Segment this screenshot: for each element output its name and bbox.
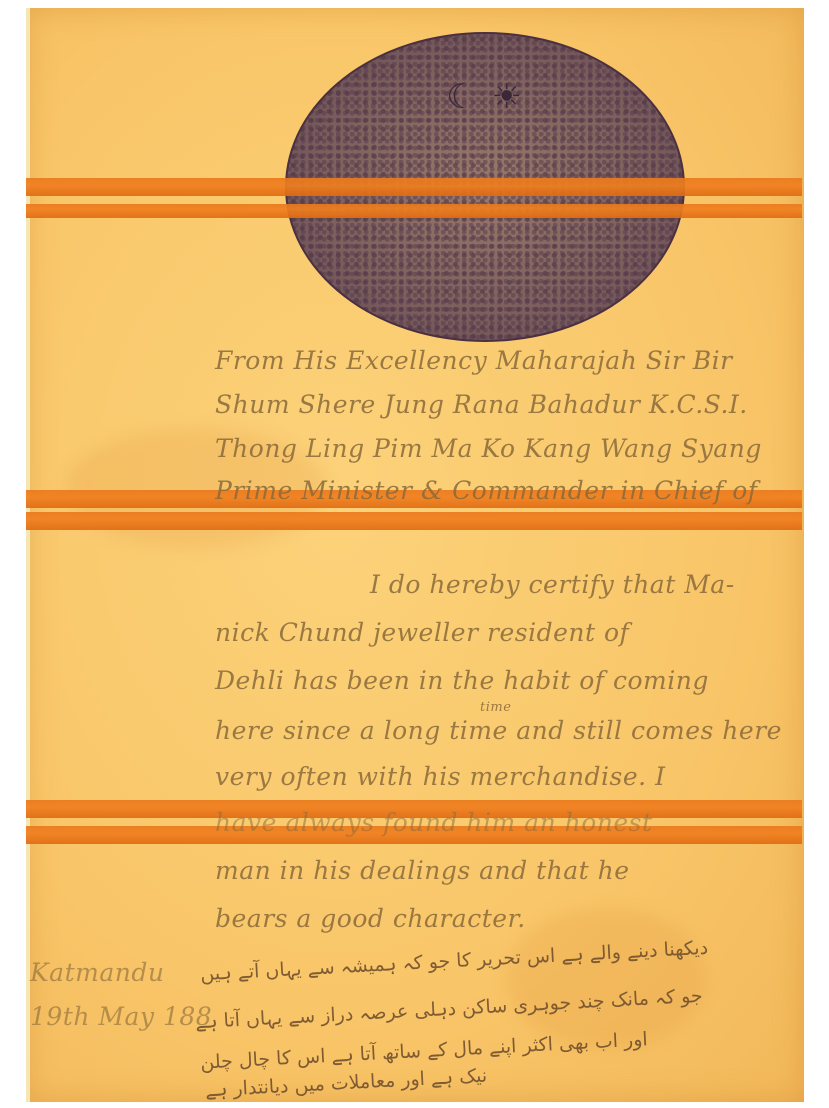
- place-line: Katmandu: [30, 958, 164, 987]
- header-line: From His Excellency Maharajah Sir Bir: [215, 346, 733, 375]
- body-line: nick Chund jeweller resident of: [215, 618, 629, 647]
- body-line: have always found him an honest: [215, 808, 653, 837]
- header-line: Prime Minister & Commander in Chief of: [215, 476, 758, 505]
- fold-stripe: [26, 204, 802, 218]
- body-line: bears a good character.: [215, 904, 526, 933]
- fold-stripe: [26, 178, 802, 196]
- seal-emblem-icon: ☾ ☀: [446, 77, 524, 117]
- interlinear-note: time: [480, 700, 511, 715]
- body-line: man in his dealings and that he: [215, 856, 630, 885]
- header-line: Thong Ling Pim Ma Ko Kang Wang Syang: [215, 434, 762, 463]
- body-line: Dehli has been in the habit of coming: [215, 666, 709, 695]
- header-line: Shum Shere Jung Rana Bahadur K.C.S.I.: [215, 390, 748, 419]
- paper-edge: [26, 8, 30, 1102]
- body-line: here since a long time and still comes h…: [215, 716, 782, 745]
- fold-stripe: [26, 512, 802, 530]
- date-line: 19th May 188: [30, 1002, 212, 1031]
- paper-stain: [506, 908, 706, 1048]
- body-line: I do hereby certify that Ma-: [370, 570, 735, 599]
- body-line: very often with his merchandise. I: [215, 762, 665, 791]
